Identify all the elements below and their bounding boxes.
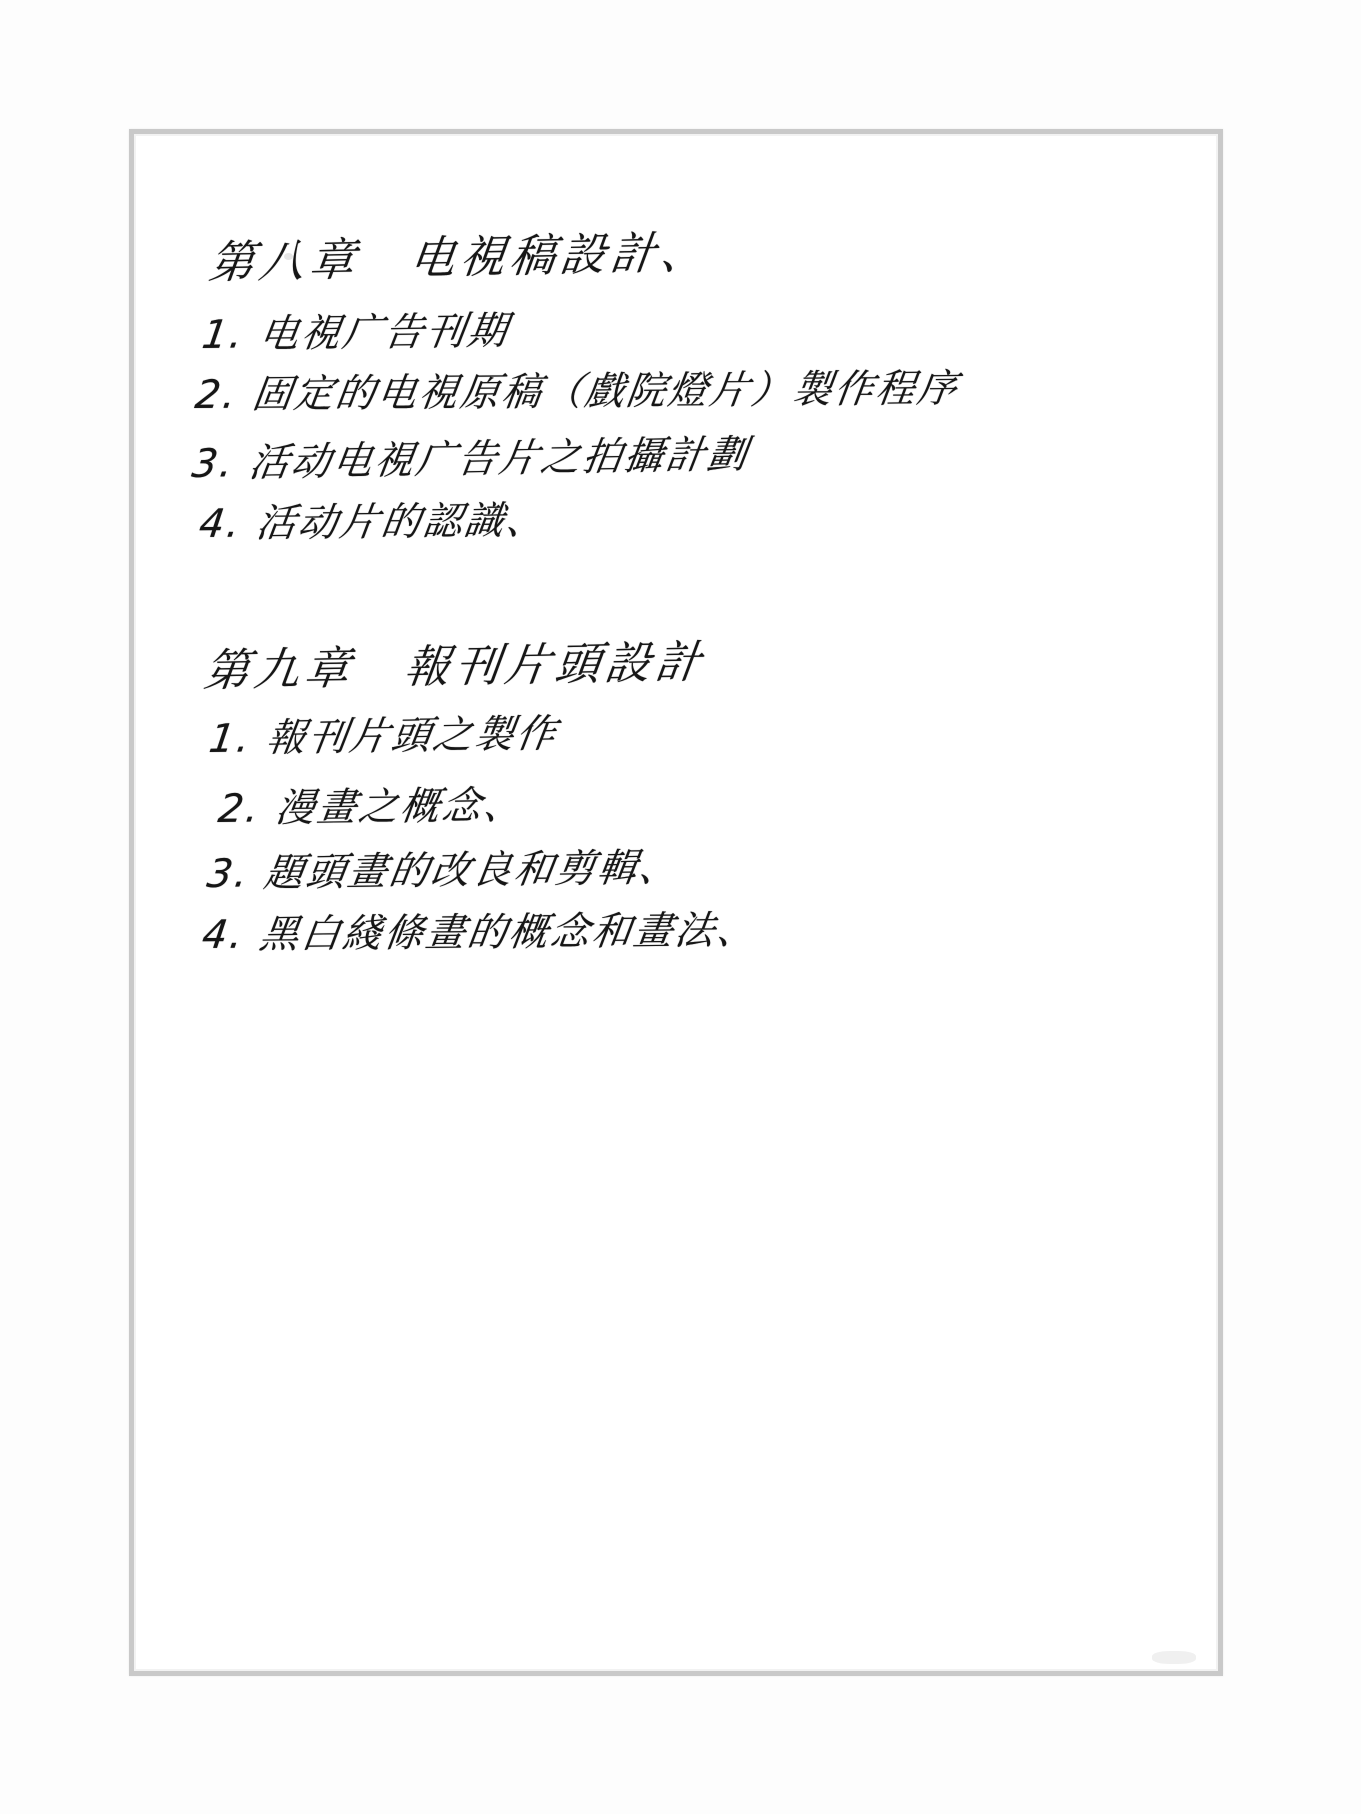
chapter-8-item-2: 2. 固定的电視原稿（戲院燈片）製作程序 [192,357,963,420]
chapter-8-item-1: 1. 电視广告刊期 [199,300,514,360]
chapter-9-item-2: 2. 漫畫之概念、 [215,774,529,834]
scan-background: 第八章 电視稿設計、 1. 电視广告刊期 2. 固定的电視原稿（戲院燈片）製作程… [0,0,1361,1814]
chapter-9-item-3: 3. 題頭畫的改良和剪輯、 [204,836,685,899]
chapter-8-heading: 第八章 电視稿設計、 [206,216,715,291]
chapter-8-item-3: 3. 活动电視广告片之拍攝計劃 [189,423,753,489]
chapter-9-item-1: 1. 報刊片頭之製作 [206,703,562,764]
scan-smudge [1152,1651,1196,1664]
chapter-9-item-4: 4. 黑白綫條畫的概念和畫法、 [199,899,762,960]
paper-page: 第八章 电視稿設計、 1. 电視广告刊期 2. 固定的电視原稿（戲院燈片）製作程… [129,129,1223,1676]
chapter-9-heading: 第九章 報刊片頭設計 [201,625,710,699]
chapter-8-item-4: 4. 活动片的認識、 [196,489,551,549]
